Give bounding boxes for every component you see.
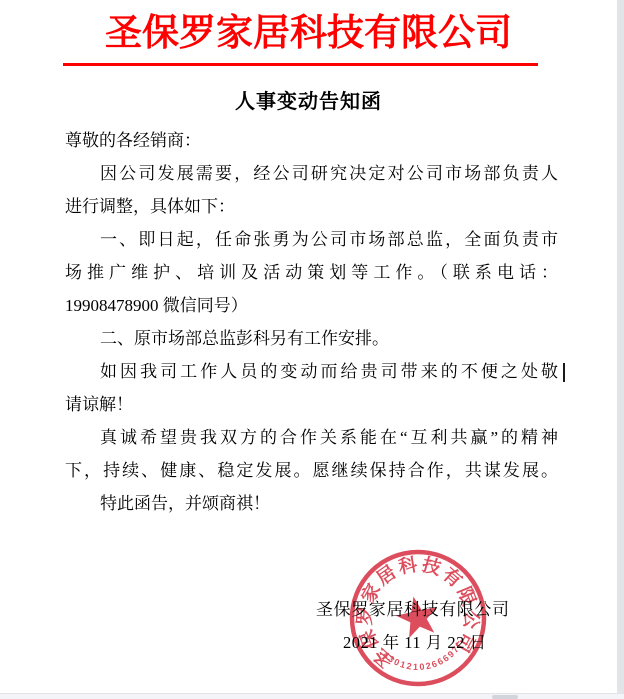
body-line: 一、即日起，任命张勇为公司市场部总监，全面负责市 (65, 223, 558, 256)
text-cursor (563, 363, 565, 382)
body-line: 请谅解！ (65, 388, 558, 421)
body-line: 19908478900 微信同号） (65, 289, 558, 322)
document-page: 圣保罗家居科技有限公司 人事变动告知函 尊敬的各经销商： 因公司发展需要，经公司… (0, 0, 624, 699)
body-line: 如因我司工作人员的变动而给贵司带来的不便之处敬 (65, 355, 558, 388)
body-line: 进行调整，具体如下： (65, 190, 558, 223)
letterhead-company-name: 圣保罗家居科技有限公司 (0, 8, 617, 58)
body-line: 场推广维护、培训及活动策划等工作。（联系电话： (65, 256, 558, 289)
document-title: 人事变动告知函 (0, 85, 617, 114)
body-line: 因公司发展需要，经公司研究决定对公司市场部负责人 (65, 157, 558, 190)
body-line: 二、原市场部总监彭科另有工作安排。 (65, 322, 558, 355)
seal-star-icon (393, 592, 442, 640)
letterhead-divider (63, 63, 538, 66)
body-line: 真诚希望贵我双方的合作关系能在“互利共赢”的精神 (65, 421, 558, 454)
company-seal-stamp: 圣保罗家居科技有限公司 4301210266697 (333, 533, 504, 699)
horizontal-scrollbar-thumb[interactable] (492, 695, 518, 699)
body-line: 尊敬的各经销商： (65, 124, 558, 157)
vertical-scrollbar[interactable] (617, 0, 624, 693)
body-line: 特此函告，并颂商祺！ (65, 487, 558, 520)
horizontal-scrollbar[interactable] (0, 693, 624, 699)
document-body: 尊敬的各经销商： 因公司发展需要，经公司研究决定对公司市场部负责人 进行调整，具… (65, 124, 558, 520)
body-line: 下，持续、健康、稳定发展。愿继续保持合作，共谋发展。 (65, 454, 558, 487)
